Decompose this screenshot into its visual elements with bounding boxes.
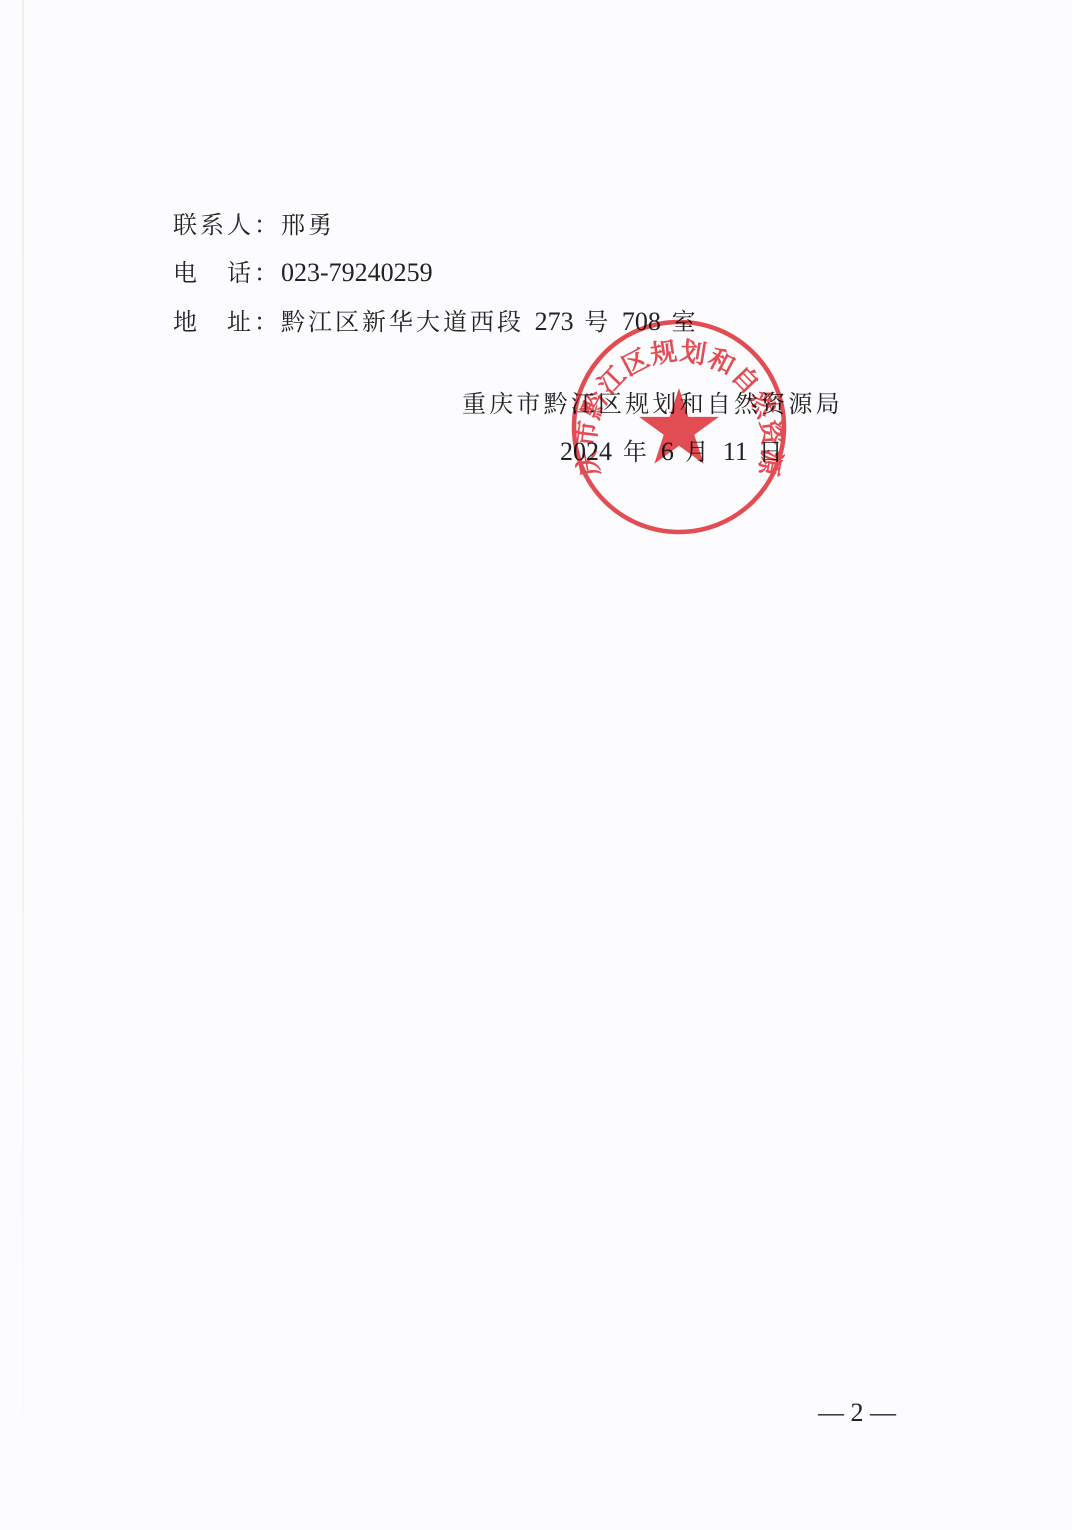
official-seal: 重庆市黔江区规划和自然资源局 <box>568 316 790 538</box>
contact-address-number: 273 <box>535 307 574 336</box>
contact-phone-label: 电 话： <box>173 259 281 287</box>
contact-address-prefix: 黔江区新华大道西段 <box>281 308 524 336</box>
contact-phone-value: 023-79240259 <box>281 258 433 287</box>
contact-person-label: 联系人： <box>173 211 281 239</box>
date-month: 6 <box>661 437 674 466</box>
contact-address-room: 708 <box>622 307 661 336</box>
contact-phone-line: 电 话：023-79240259 <box>173 258 433 288</box>
contact-address-line: 地 址：黔江区新华大道西段 273 号 708 室 <box>173 307 699 337</box>
contact-person-value: 邢勇 <box>281 211 335 239</box>
contact-person-line: 联系人：邢勇 <box>173 210 335 240</box>
date-month-unit: 月 <box>685 438 712 466</box>
date-day-unit: 日 <box>759 438 786 466</box>
seal-ring <box>574 322 784 532</box>
contact-address-label: 地 址： <box>173 308 281 336</box>
contact-address-mid: 号 <box>584 308 611 336</box>
contact-address-suffix: 室 <box>672 308 699 336</box>
date-day: 11 <box>723 437 748 466</box>
date-year-unit: 年 <box>623 438 650 466</box>
signature-organization: 重庆市黔江区规划和自然资源局 <box>462 389 843 419</box>
date-year: 2024 <box>560 437 612 466</box>
scan-edge-line <box>22 0 24 1480</box>
signature-date: 2024 年 6 月 11 日 <box>560 437 786 467</box>
page-number: — 2 — <box>818 1398 896 1428</box>
